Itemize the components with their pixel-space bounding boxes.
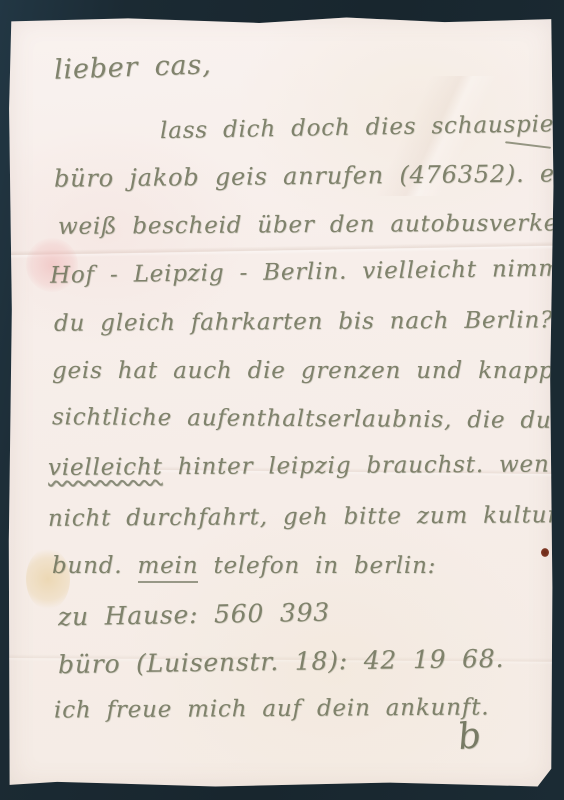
underlined-word-vielleicht: vielleicht [48,454,163,481]
handwriting-line-7: geis hat auch die grenzen und knapp auf- [52,358,564,384]
line-11-rest: telefon in berlin: [213,553,436,579]
handwriting-line-11: bund. mein telefon in berlin: [52,553,436,579]
underlined-word-mein: mein [138,553,199,583]
home-phone-line: zu Hause: 560 393 [58,598,330,632]
line-11-pre: bund. [52,553,122,579]
scan-backdrop: lieber cas, lass dich doch dies schauspi… [0,0,564,800]
letter-paper: lieber cas, lass dich doch dies schauspi… [8,16,554,788]
handwriting-line-2: lass dich doch dies schauspielhaus- [160,110,564,144]
salutation-line: lieber cas, [54,49,212,85]
office-phone-line: büro (Luisenstr. 18): 42 19 68. [58,644,505,679]
handwriting-line-4: weiß bescheid über den autobusverkehr [58,210,564,240]
handwriting-line-6: du gleich fahrkarten bis nach Berlin? [54,307,553,336]
closing-line: ich freue mich auf dein ankunft. [54,694,489,723]
handwriting-line-9: vielleicht hinter leipzig brauchst. wenn… [48,451,564,481]
signature-initial: b [456,715,484,758]
handwriting-line-10: nicht durchfahrt, geh bitte zum kultur- [48,502,564,532]
rust-fleck [541,548,549,557]
handwriting-line-3: büro jakob geis anrufen (476352). er [54,159,564,192]
line-9-rest: hinter leipzig brauchst. wenn ihr [178,451,564,480]
hyphen-flourish [505,141,551,149]
handwriting-line-8: sichtliche aufenthaltserlaubnis, die du [52,404,552,433]
handwriting-line-5: Hof - Leipzig - Berlin. vielleicht nimms… [50,255,564,288]
